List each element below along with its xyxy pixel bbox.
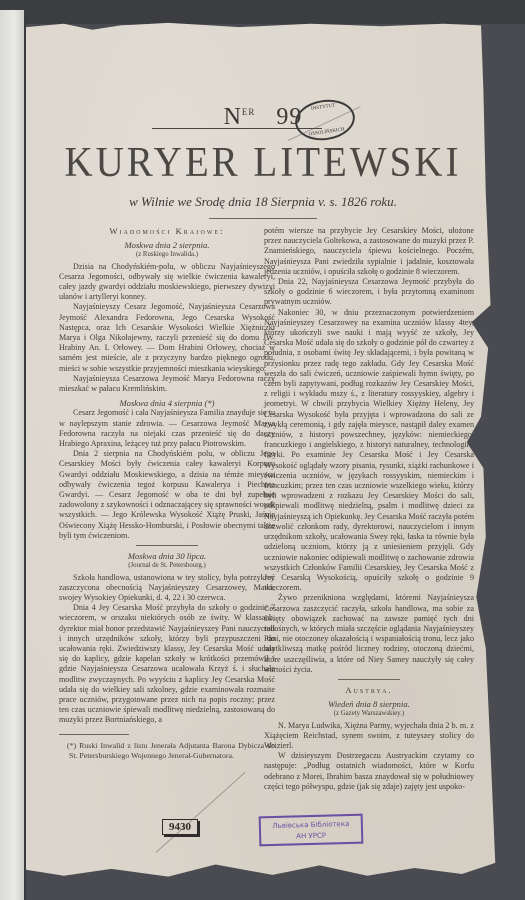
article-paragraph: Żywo przenikniona względami, któremi Nay… xyxy=(264,593,474,675)
article-separator xyxy=(136,545,198,546)
shelf-number-stamp: 9430 xyxy=(162,819,198,835)
article-paragraph: W dzisieyszym Dostrzegaczu Austryackim c… xyxy=(264,751,474,792)
article-source: (z Gazety Warszawskiey.) xyxy=(264,709,474,719)
adjacent-page-edge xyxy=(0,10,26,900)
article-paragraph: Nakoniec 30, w dniu przeznaczonym potwie… xyxy=(264,308,474,594)
issue-dateline: w Wilnie we Srodę dnia 18 Sierpnia v. s.… xyxy=(26,194,500,210)
left-column: Wiadomości Krajowe: Moskwa dnia 2 sierpn… xyxy=(59,226,275,761)
article-paragraph: Dnia 22, Nayjaśnieysza Cesarzowa Jeymość… xyxy=(264,277,474,308)
article-paragraph: N. Marya Ludwika, Xiężna Parmy, wyjechał… xyxy=(264,721,474,752)
article-paragraph: Dzisia na Chodyńskiém-polu, w obliczu Na… xyxy=(59,262,275,303)
article-dateline: Moskwa dnia 2 sierpnia. xyxy=(59,240,275,250)
footnote-rule xyxy=(59,734,129,735)
article-paragraph: Dnia 4 Jey Cesarska Mość przybyła do szk… xyxy=(59,603,275,725)
article-source: (z Ruskiego Inwalida.) xyxy=(59,250,275,260)
article-paragraph: Dnia 2 sierpnia na Chodyńskiém polu, w o… xyxy=(59,449,275,541)
article-dateline: Wiedeń dnia 8 sierpnia. xyxy=(264,699,474,709)
article-separator xyxy=(338,679,400,680)
library-stamp: Львівська Бібліотека АН УРСР xyxy=(259,814,364,847)
article-dateline: Moskwa dnia 30 lipca. xyxy=(59,551,275,561)
right-column: potém wiersze na przybycie Jey Cesarskie… xyxy=(264,226,474,792)
article-paragraph: Szkoła handlowa, ustanowiona w tey stoli… xyxy=(59,573,275,604)
footnote: (*) Ruski Inwalid z listu Jenerała Adjut… xyxy=(59,741,275,761)
section-heading-domestic: Wiadomości Krajowe: xyxy=(59,226,275,236)
article-source: (Journal de St. Petersbourg.) xyxy=(59,561,275,571)
article-paragraph: Cesarz Jegomość i cała Nayjaśnieysza Fam… xyxy=(59,408,275,449)
issue-number: NER 99 xyxy=(26,104,500,131)
pencil-mark xyxy=(156,772,246,853)
article-paragraph: potém wiersze na przybycie Jey Cesarskie… xyxy=(264,226,474,277)
section-heading-austria: Austrya. xyxy=(264,685,474,695)
scanner-background xyxy=(0,0,525,24)
dateline-rule xyxy=(209,218,317,219)
newspaper-title: KURYER LITEWSKI xyxy=(26,138,500,187)
article-paragraph: Nayjaśnieysza Cesarzowa Jeymość Marya Fe… xyxy=(59,374,275,394)
article-paragraph: Nayjaśnieyszy Cesarz Jegomość, Nayjaśnie… xyxy=(59,302,275,373)
article-dateline: Moskwa dnia 4 sierpnia (*) xyxy=(59,398,275,408)
newspaper-page: NER 99 INSTYTUT OSSOLIŃSKICH KURYER LITE… xyxy=(26,22,500,880)
